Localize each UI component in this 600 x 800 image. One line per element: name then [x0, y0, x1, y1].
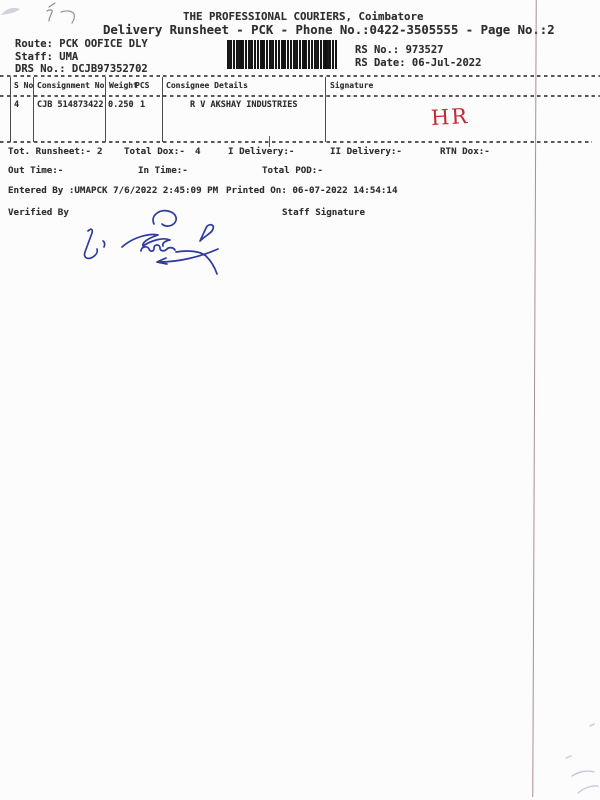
rs-no-line: RS No.: 973527 — [355, 44, 444, 56]
column-header-weight: Weight — [109, 81, 138, 90]
pencil-scribble-icon — [1, 3, 74, 23]
row-consignment-no: CJB 514873422 — [37, 100, 104, 110]
table-column-line — [325, 77, 326, 142]
column-header-pcs: PCS — [135, 81, 149, 90]
row-weight: 0.250 — [108, 100, 134, 110]
staff-line: Staff: UMA — [15, 51, 78, 63]
consignee-signature-mark: HR — [430, 104, 469, 130]
total-pod-label: Total POD:- — [262, 165, 323, 176]
tot-runsheet-label: Tot. Runsheet:- — [8, 146, 91, 157]
row-consignee: R V AKSHAY INDUSTRIES — [190, 100, 297, 110]
column-header-signature: Signature — [330, 81, 373, 90]
scanned-delivery-runsheet: THE PROFESSIONAL COURIERS, Coimbatore De… — [0, 0, 600, 800]
i-delivery-label: I Delivery:- — [228, 146, 294, 157]
rs-date-line: RS Date: 06-Jul-2022 — [355, 57, 481, 69]
row-sno: 4 — [14, 100, 19, 110]
company-title: THE PROFESSIONAL COURIERS, Coimbatore — [183, 10, 424, 23]
table-column-line — [162, 77, 163, 142]
drs-no-line: DRS No.: DCJB97352702 — [15, 63, 148, 75]
column-header-consignee: Consignee Details — [166, 81, 248, 90]
in-time-label: In Time:- — [138, 165, 188, 176]
table-header-separator — [0, 95, 600, 97]
out-time-label: Out Time:- — [8, 165, 63, 176]
column-header-sno: S No — [14, 81, 33, 90]
route-line: Route: PCK OOFICE DLY — [15, 38, 148, 50]
row-pcs: 1 — [140, 100, 145, 110]
staff-signature-label: Staff Signature — [282, 207, 365, 218]
table-bottom-border — [0, 141, 592, 143]
handwritten-signature-icon — [85, 211, 218, 274]
barcode-icon — [227, 40, 337, 69]
entered-by-line: Entered By :UMAPCK 7/6/2022 2:45:09 PM — [8, 185, 218, 196]
printed-on-line: Printed On: 06-07-2022 14:54:14 — [226, 185, 397, 196]
scan-fold-line — [532, 0, 536, 797]
column-header-consignment: Consignment No — [37, 81, 104, 90]
table-column-line — [105, 77, 106, 142]
total-dox-label: Total Dox:- — [124, 146, 185, 157]
scan-annotations-layer — [0, 0, 600, 800]
table-top-border — [0, 75, 600, 77]
runsheet-title: Delivery Runsheet - PCK - Phone No.:0422… — [103, 23, 555, 37]
rtn-dox-label: RTN Dox:- — [440, 146, 490, 157]
total-dox-value: 4 — [195, 146, 201, 157]
ii-delivery-label: II Delivery:- — [330, 146, 402, 157]
ink-smudge-icon — [566, 724, 598, 793]
tot-runsheet-value: 2 — [97, 146, 103, 157]
table-column-line — [10, 77, 11, 142]
verified-by-label: Verified By — [8, 207, 69, 218]
